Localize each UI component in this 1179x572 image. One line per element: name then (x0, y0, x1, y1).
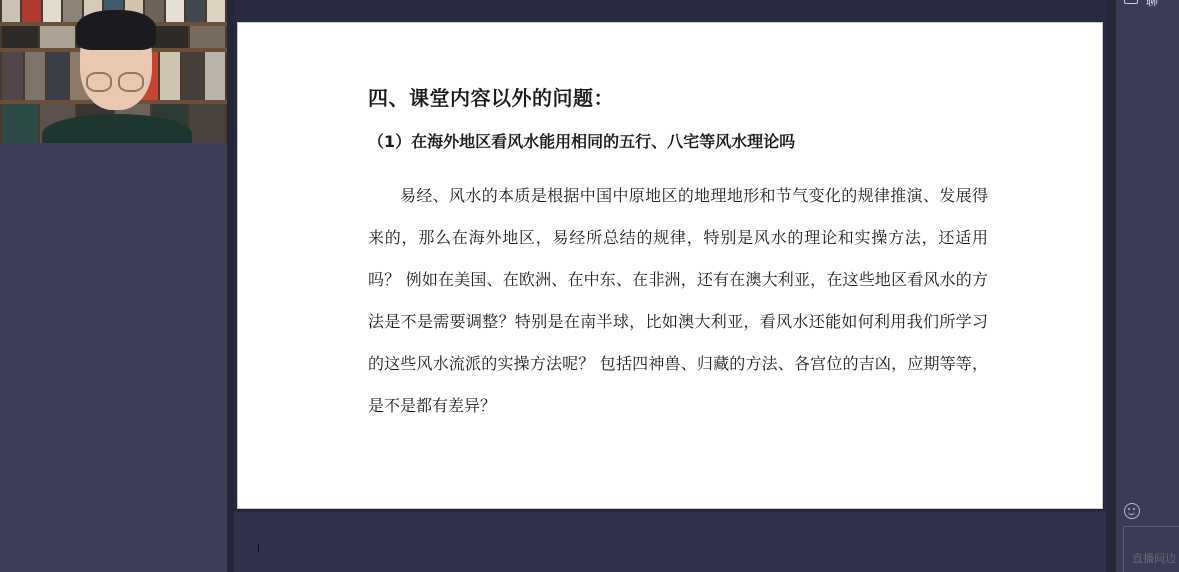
slide: 四、课堂内容以外的问题： （1）在海外地区看风水能用相同的五行、八宅等风水理论吗… (237, 22, 1103, 509)
bottom-toolbar (234, 512, 1114, 572)
chat-icon (1124, 0, 1138, 4)
left-divider (227, 0, 234, 572)
slide-subtitle: （1）在海外地区看风水能用相同的五行、八宅等风水理论吗 (368, 131, 988, 153)
slide-body: 易经、风水的本质是根据中国中原地区的地理地形和节气变化的规律推演、发展得来的，那… (368, 175, 988, 427)
left-column (0, 0, 227, 572)
presenter-webcam-video[interactable] (0, 0, 227, 143)
slide-title: 四、课堂内容以外的问题： (368, 85, 988, 111)
slide-content: 四、课堂内容以外的问题： （1）在海外地区看风水能用相同的五行、八宅等风水理论吗… (368, 85, 988, 427)
chat-input[interactable] (1123, 526, 1179, 572)
smiley-icon[interactable] (1124, 503, 1140, 519)
right-divider (1106, 0, 1116, 572)
presentation-area: 四、课堂内容以外的问题： （1）在海外地区看风水能用相同的五行、八宅等风水理论吗… (234, 0, 1114, 572)
chat-panel: 聊 (1116, 0, 1179, 572)
top-strip (234, 0, 1114, 22)
chat-header-label[interactable]: 聊 (1146, 0, 1158, 9)
presenter (62, 10, 172, 143)
cursor-mark (258, 544, 259, 552)
